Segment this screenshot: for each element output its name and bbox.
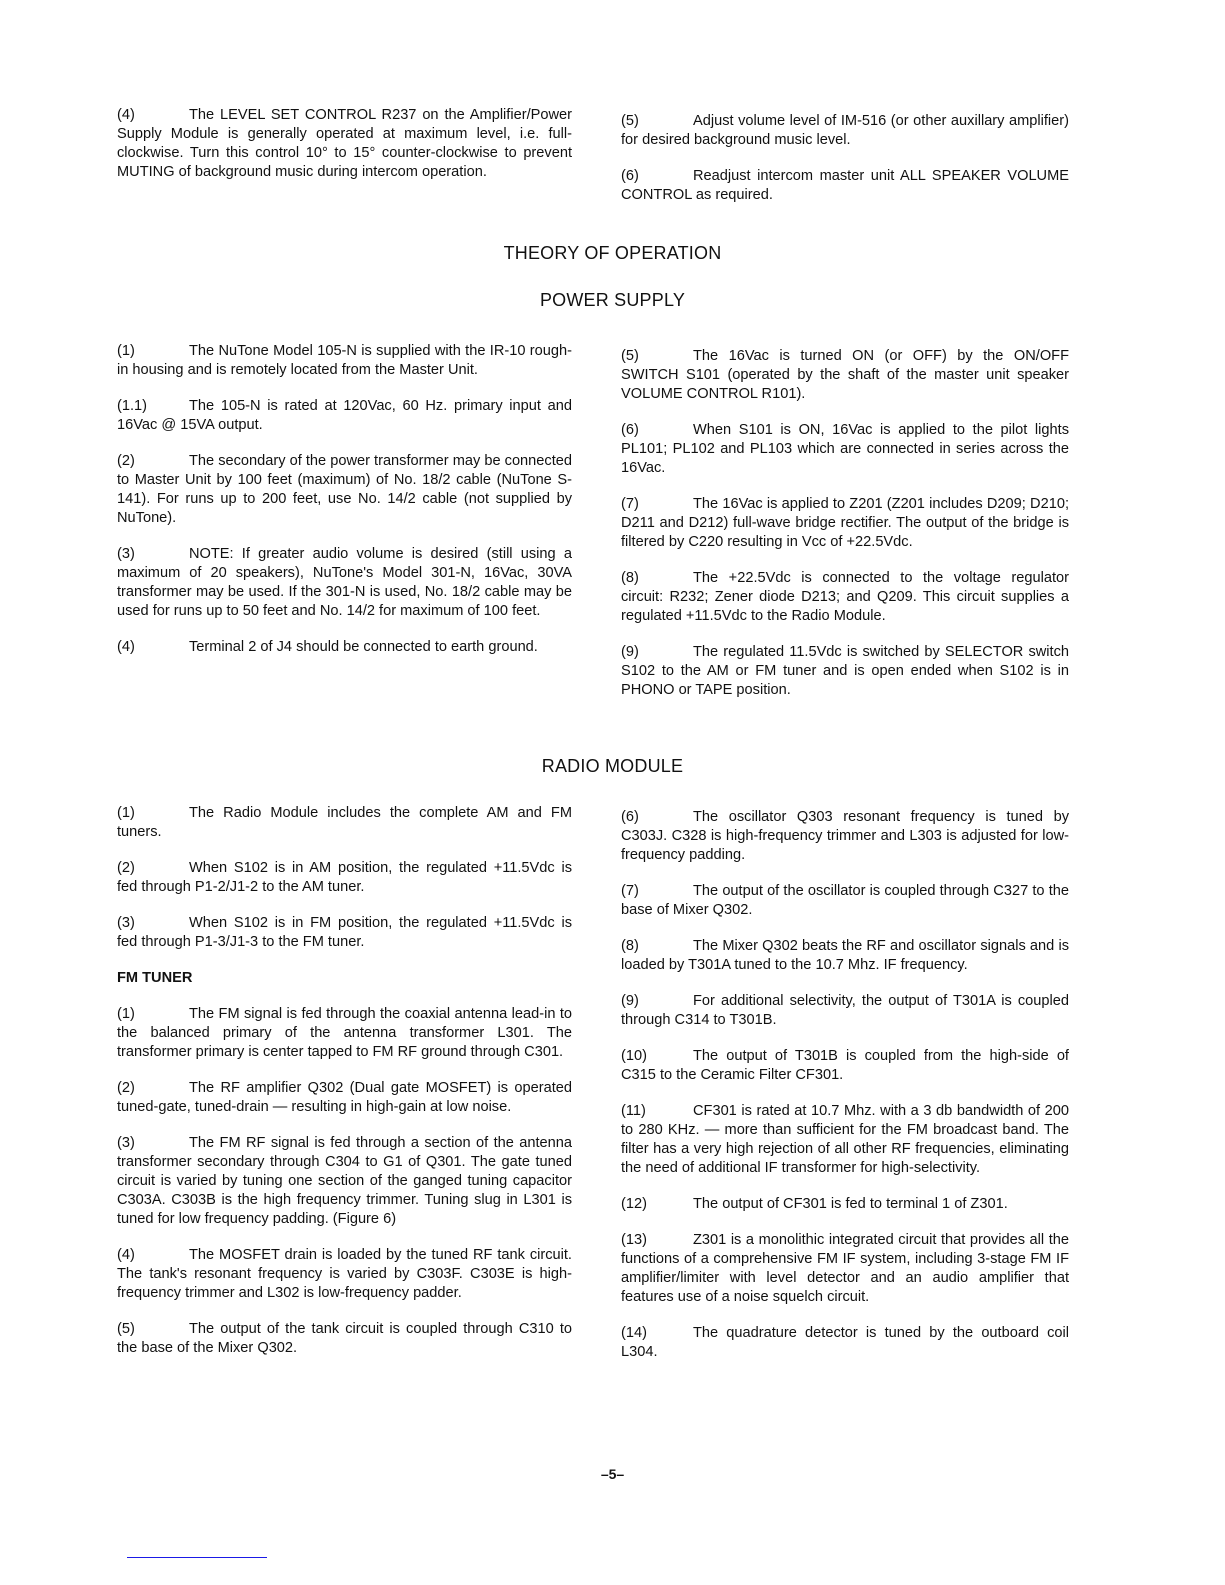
paragraph-number: (5) [621, 347, 693, 366]
paragraph-number: (1) [117, 1005, 189, 1024]
paragraph-text: The output of CF301 is fed to terminal 1… [693, 1196, 1008, 1212]
numbered-paragraph: (3)The FM RF signal is fed through a sec… [117, 1134, 572, 1229]
numbered-paragraph: (5)The output of the tank circuit is cou… [117, 1320, 572, 1358]
numbered-paragraph: (9)The regulated 11.5Vdc is switched by … [621, 643, 1069, 700]
numbered-paragraph: (5)Adjust volume level of IM-516 (or oth… [621, 112, 1069, 150]
numbered-paragraph: (5)The 16Vac is turned ON (or OFF) by th… [621, 347, 1069, 404]
radio-module-right-column: (6)The oscillator Q303 resonant frequenc… [621, 808, 1069, 1379]
paragraph-number: (5) [117, 1320, 189, 1339]
numbered-paragraph: (8)The +22.5Vdc is connected to the volt… [621, 569, 1069, 626]
section-heading-power-supply: POWER SUPPLY [0, 290, 1225, 311]
section-heading-theory: THEORY OF OPERATION [0, 243, 1225, 264]
radio-module-left-column: (1)The Radio Module includes the complet… [117, 804, 572, 1375]
paragraph-number: (8) [621, 937, 693, 956]
paragraph-number: (6) [621, 167, 693, 186]
numbered-paragraph: (2)The RF amplifier Q302 (Dual gate MOSF… [117, 1079, 572, 1117]
section-heading-radio-module: RADIO MODULE [0, 756, 1225, 777]
paragraph-number: (4) [117, 106, 189, 125]
paragraph-number: (2) [117, 859, 189, 878]
fm-tuner-heading: FM TUNER [117, 969, 572, 988]
numbered-paragraph: (10)The output of T301B is coupled from … [621, 1047, 1069, 1085]
numbered-paragraph: (12)The output of CF301 is fed to termin… [621, 1195, 1069, 1214]
numbered-paragraph: (1.1)The 105-N is rated at 120Vac, 60 Hz… [117, 397, 572, 435]
paragraph-number: (11) [621, 1102, 693, 1121]
numbered-paragraph: (6)The oscillator Q303 resonant frequenc… [621, 808, 1069, 865]
numbered-paragraph: (4)The LEVEL SET CONTROL R237 on the Amp… [117, 106, 572, 182]
power-supply-left-column: (1)The NuTone Model 105-N is supplied wi… [117, 342, 572, 674]
paragraph-number: (5) [621, 112, 693, 131]
paragraph-number: (9) [621, 992, 693, 1011]
numbered-paragraph: (11)CF301 is rated at 10.7 Mhz. with a 3… [621, 1102, 1069, 1178]
numbered-paragraph: (6)Readjust intercom master unit ALL SPE… [621, 167, 1069, 205]
paragraph-number: (14) [621, 1324, 693, 1343]
footer-link-rule [127, 1557, 267, 1558]
paragraph-number: (13) [621, 1231, 693, 1250]
paragraph-number: (2) [117, 1079, 189, 1098]
numbered-paragraph: (1)The FM signal is fed through the coax… [117, 1005, 572, 1062]
paragraph-number: (7) [621, 495, 693, 514]
paragraph-number: (10) [621, 1047, 693, 1066]
paragraph-text: Terminal 2 of J4 should be connected to … [189, 639, 538, 655]
numbered-paragraph: (9)For additional selectivity, the outpu… [621, 992, 1069, 1030]
page-number: –5– [0, 1466, 1225, 1482]
numbered-paragraph: (1)The NuTone Model 105-N is supplied wi… [117, 342, 572, 380]
numbered-paragraph: (7)The output of the oscillator is coupl… [621, 882, 1069, 920]
paragraph-number: (4) [117, 638, 189, 657]
numbered-paragraph: (2)When S102 is in AM position, the regu… [117, 859, 572, 897]
paragraph-number: (8) [621, 569, 693, 588]
numbered-paragraph: (4)The MOSFET drain is loaded by the tun… [117, 1246, 572, 1303]
top-left-column: (4)The LEVEL SET CONTROL R237 on the Amp… [117, 106, 572, 199]
power-supply-right-column: (5)The 16Vac is turned ON (or OFF) by th… [621, 347, 1069, 717]
paragraph-number: (12) [621, 1195, 693, 1214]
paragraph-number: (6) [621, 421, 693, 440]
paragraph-number: (3) [117, 545, 189, 564]
paragraph-number: (4) [117, 1246, 189, 1265]
paragraph-number: (6) [621, 808, 693, 827]
paragraph-number: (1) [117, 804, 189, 823]
fm-tuner-list: (1)The FM signal is fed through the coax… [117, 1005, 572, 1358]
numbered-paragraph: (3)NOTE: If greater audio volume is desi… [117, 545, 572, 621]
paragraph-number: (7) [621, 882, 693, 901]
paragraph-number: (3) [117, 1134, 189, 1153]
paragraph-number: (9) [621, 643, 693, 662]
paragraph-number: (2) [117, 452, 189, 471]
numbered-paragraph: (8)The Mixer Q302 beats the RF and oscil… [621, 937, 1069, 975]
numbered-paragraph: (2)The secondary of the power transforme… [117, 452, 572, 528]
numbered-paragraph: (7)The 16Vac is applied to Z201 (Z201 in… [621, 495, 1069, 552]
numbered-paragraph: (14)The quadrature detector is tuned by … [621, 1324, 1069, 1362]
radio-intro-list: (1)The Radio Module includes the complet… [117, 804, 572, 952]
paragraph-number: (1.1) [117, 397, 189, 416]
numbered-paragraph: (4)Terminal 2 of J4 should be connected … [117, 638, 572, 657]
numbered-paragraph: (1)The Radio Module includes the complet… [117, 804, 572, 842]
numbered-paragraph: (6)When S101 is ON, 16Vac is applied to … [621, 421, 1069, 478]
top-right-column: (5)Adjust volume level of IM-516 (or oth… [621, 112, 1069, 222]
numbered-paragraph: (13)Z301 is a monolithic integrated circ… [621, 1231, 1069, 1307]
paragraph-number: (3) [117, 914, 189, 933]
paragraph-number: (1) [117, 342, 189, 361]
numbered-paragraph: (3)When S102 is in FM position, the regu… [117, 914, 572, 952]
